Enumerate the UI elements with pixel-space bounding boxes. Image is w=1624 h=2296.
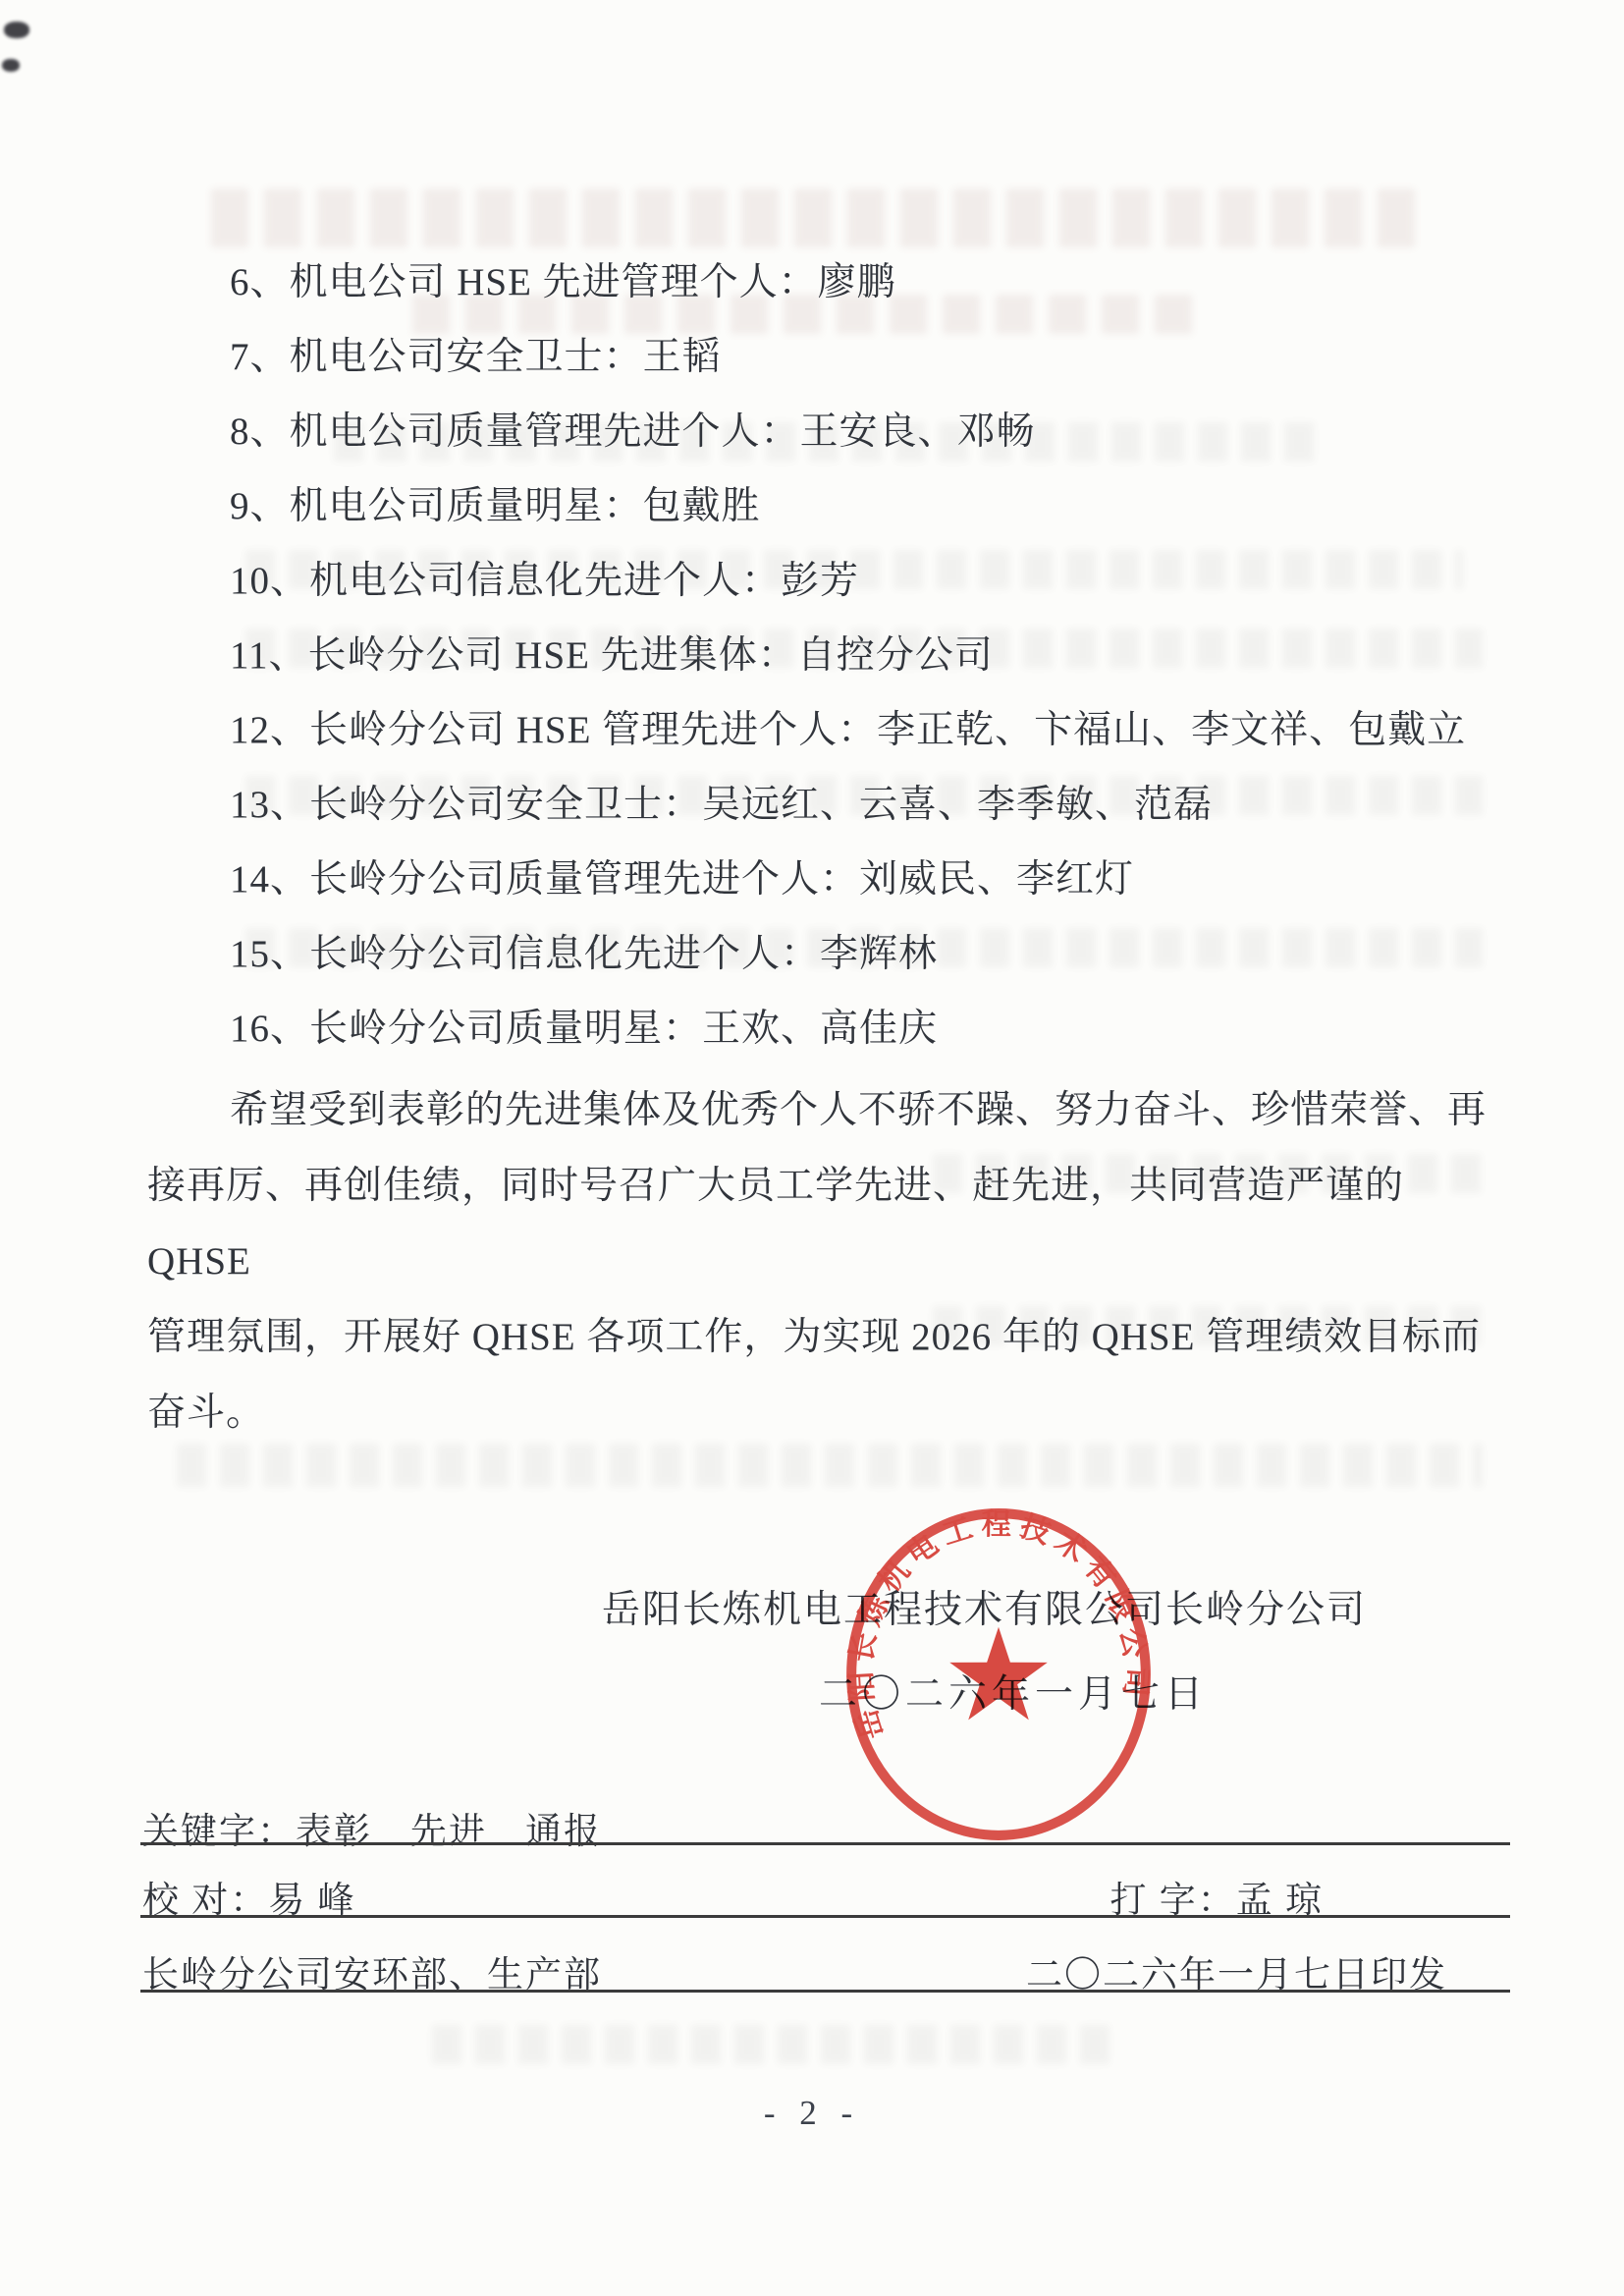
document-page: 6、机电公司 HSE 先进管理个人：廖鹏 7、机电公司安全卫士：王韬 8、机电公… bbox=[0, 0, 1624, 2296]
footer-divider bbox=[140, 1842, 1510, 1845]
page-number: - 2 - bbox=[0, 2094, 1624, 2133]
paragraph-line: 希望受到表彰的先进集体及优秀个人不骄不躁、努力奋斗、珍惜荣誉、再 bbox=[147, 1072, 1508, 1148]
paragraph-line: 接再厉、再创佳绩，同时号召广大员工学先进、赶先进，共同营造严谨的 QHSE bbox=[147, 1148, 1508, 1299]
paragraph-line: 奋斗。 bbox=[147, 1375, 1508, 1450]
seal-star-icon bbox=[949, 1627, 1048, 1721]
paragraph-line: 管理氛围，开展好 QHSE 各项工作，为实现 2026 年的 QHSE 管理绩效… bbox=[147, 1299, 1508, 1375]
list-item: 7、机电公司安全卫士：王韬 bbox=[147, 320, 1508, 395]
closing-paragraph: 希望受到表彰的先进集体及优秀个人不骄不躁、努力奋斗、珍惜荣誉、再 接再厉、再创佳… bbox=[147, 1072, 1508, 1450]
list-item: 15、长岭分公司信息化先进个人：李辉林 bbox=[147, 917, 1508, 992]
scan-artifact bbox=[2, 59, 20, 72]
list-item: 16、长岭分公司质量明星：王欢、高佳庆 bbox=[147, 992, 1508, 1066]
footer-keywords-row: 关键字：表彰 先进 通报 bbox=[142, 1801, 1506, 1854]
list-item: 8、机电公司质量管理先进个人：王安良、邓畅 bbox=[147, 395, 1508, 469]
list-item: 9、机电公司质量明星：包戴胜 bbox=[147, 469, 1508, 544]
awards-list: 6、机电公司 HSE 先进管理个人：廖鹏 7、机电公司安全卫士：王韬 8、机电公… bbox=[147, 246, 1508, 1066]
seal-ring-text: 岳阳长炼机电工程技术有限公司 bbox=[843, 1507, 1153, 1743]
official-seal: 岳阳长炼机电工程技术有限公司 bbox=[840, 1503, 1157, 1846]
bleed-through-artifact bbox=[432, 2025, 1119, 2064]
footer-divider bbox=[140, 1915, 1510, 1918]
bleed-through-artifact bbox=[211, 189, 1419, 247]
list-item: 11、长岭分公司 HSE 先进集体：自控分公司 bbox=[147, 619, 1508, 693]
list-item: 14、长岭分公司质量管理先进个人：刘威民、李红灯 bbox=[147, 843, 1508, 917]
scan-artifact bbox=[4, 22, 29, 38]
list-item: 12、长岭分公司 HSE 管理先进个人：李正乾、卞福山、李文祥、包戴立 bbox=[147, 693, 1508, 768]
list-item: 10、机电公司信息化先进个人：彭芳 bbox=[147, 544, 1508, 619]
list-item: 6、机电公司 HSE 先进管理个人：廖鹏 bbox=[147, 246, 1508, 320]
list-item: 13、长岭分公司安全卫士：吴远红、云喜、李季敏、范磊 bbox=[147, 768, 1508, 843]
footer-divider bbox=[140, 1990, 1510, 1993]
footer-keywords: 关键字：表彰 先进 通报 bbox=[142, 1812, 602, 1852]
